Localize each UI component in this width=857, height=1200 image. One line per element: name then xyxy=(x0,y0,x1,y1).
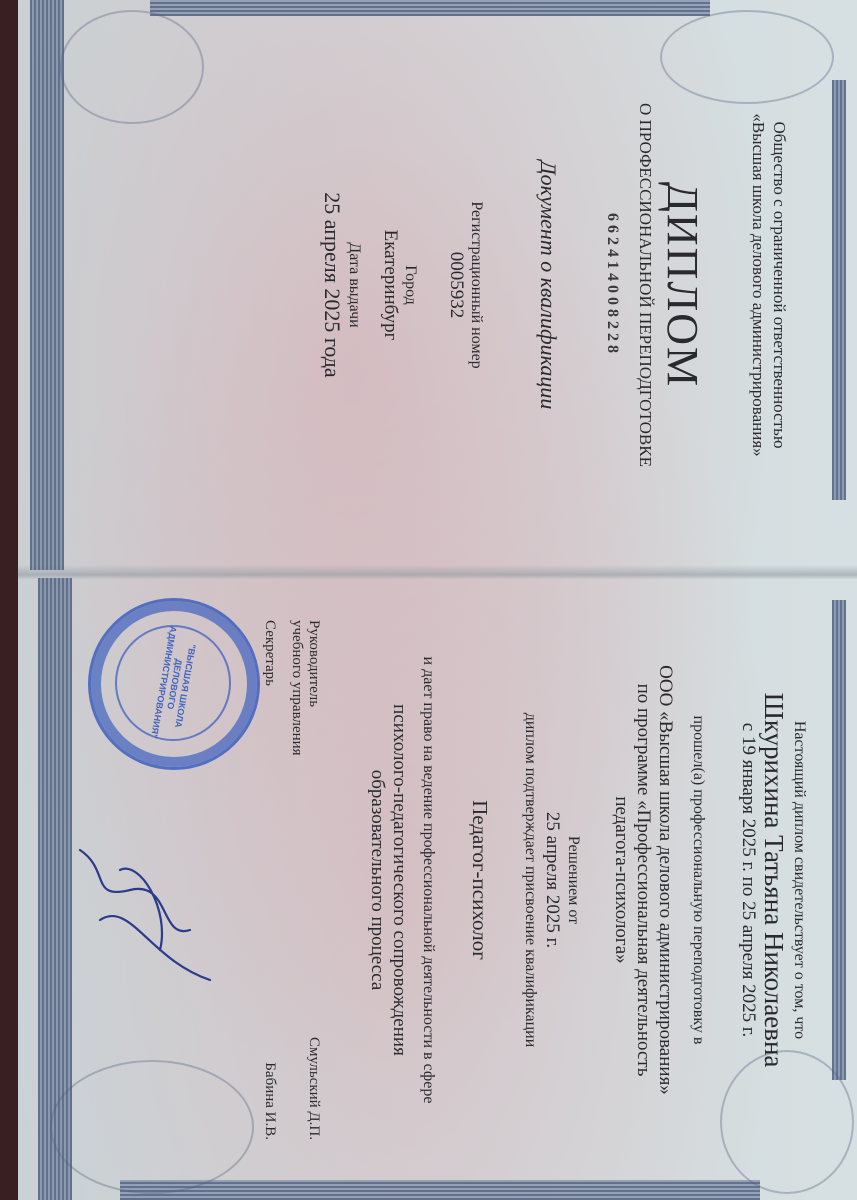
completed-text: прошел(а) профессиональную переподготовк… xyxy=(688,600,709,1160)
document-subtitle: О ПРОФЕССИОНАЛЬНОЙ ПЕРЕПОДГОТОВКЕ xyxy=(635,60,655,510)
holder-name: Шкурихина Татьяна Николаевна xyxy=(759,600,789,1160)
decision-date: 25 апреля 2025 г. xyxy=(541,600,563,1160)
city-value: Екатеринбург xyxy=(379,60,401,510)
signatory-role: Руководитель xyxy=(305,620,322,756)
rights-line3: образовательного процесса xyxy=(366,600,388,1160)
signatory-role: Секретарь xyxy=(261,620,278,686)
handwritten-signature xyxy=(70,830,230,990)
rights-line1: и дает право на ведение профессиональной… xyxy=(418,600,439,1160)
signatory-name: Смульский Д.П. xyxy=(288,1037,322,1140)
institution-name: ООО «Высшая школа делового администриров… xyxy=(654,600,676,1160)
city-label: Город xyxy=(401,60,419,510)
program-line1: по программе «Профессиональная деятельно… xyxy=(632,600,654,1160)
issuer-org-line2: «Высшая школа делового администрирования… xyxy=(748,60,769,510)
official-stamp: "ВЫСШАЯ ШКОЛА ДЕЛОВОГО АДМИНИСТРИРОВАНИЯ… xyxy=(88,598,260,770)
serial-number: 662414008228 xyxy=(603,60,621,510)
confirmation-text: диплом подтверждает присвоение квалифика… xyxy=(520,600,541,1160)
decision-label: Решением от xyxy=(563,600,584,1160)
intro-text: Настоящий диплом свидетельствует о том, … xyxy=(789,600,810,1160)
program-line2: педагога-психолога» xyxy=(610,600,632,1160)
signatory-head: Руководитель учебного управления Смульск… xyxy=(288,620,322,1140)
document-type: Документ о квалификации xyxy=(535,60,561,510)
rights-line2: психолого-педагогического сопровождения xyxy=(388,600,410,1160)
diploma-cover-page: Общество с ограниченной ответственностью… xyxy=(0,0,857,565)
issuer-org-line1: Общество с ограниченной ответственностью xyxy=(769,60,790,510)
issue-date-label: Дата выдачи xyxy=(345,60,363,510)
signatory-secretary: Секретарь Бабина И.В. xyxy=(261,620,278,1140)
registration-label: Регистрационный номер xyxy=(467,60,485,510)
issue-date: 25 апреля 2025 года xyxy=(319,60,345,510)
study-period: с 19 января 2025 г. по 25 апреля 2025 г. xyxy=(737,600,759,1160)
signatory-role-line2: учебного управления xyxy=(288,620,305,756)
qualification: Педагог-психолог xyxy=(467,600,492,1160)
page-fold xyxy=(18,565,857,579)
document-title: ДИПЛОМ xyxy=(657,60,708,510)
cover-page-content: Общество с ограниченной ответственностью… xyxy=(70,60,790,510)
signatory-name: Бабина И.В. xyxy=(261,1062,278,1140)
registration-number: 0005932 xyxy=(445,60,467,510)
